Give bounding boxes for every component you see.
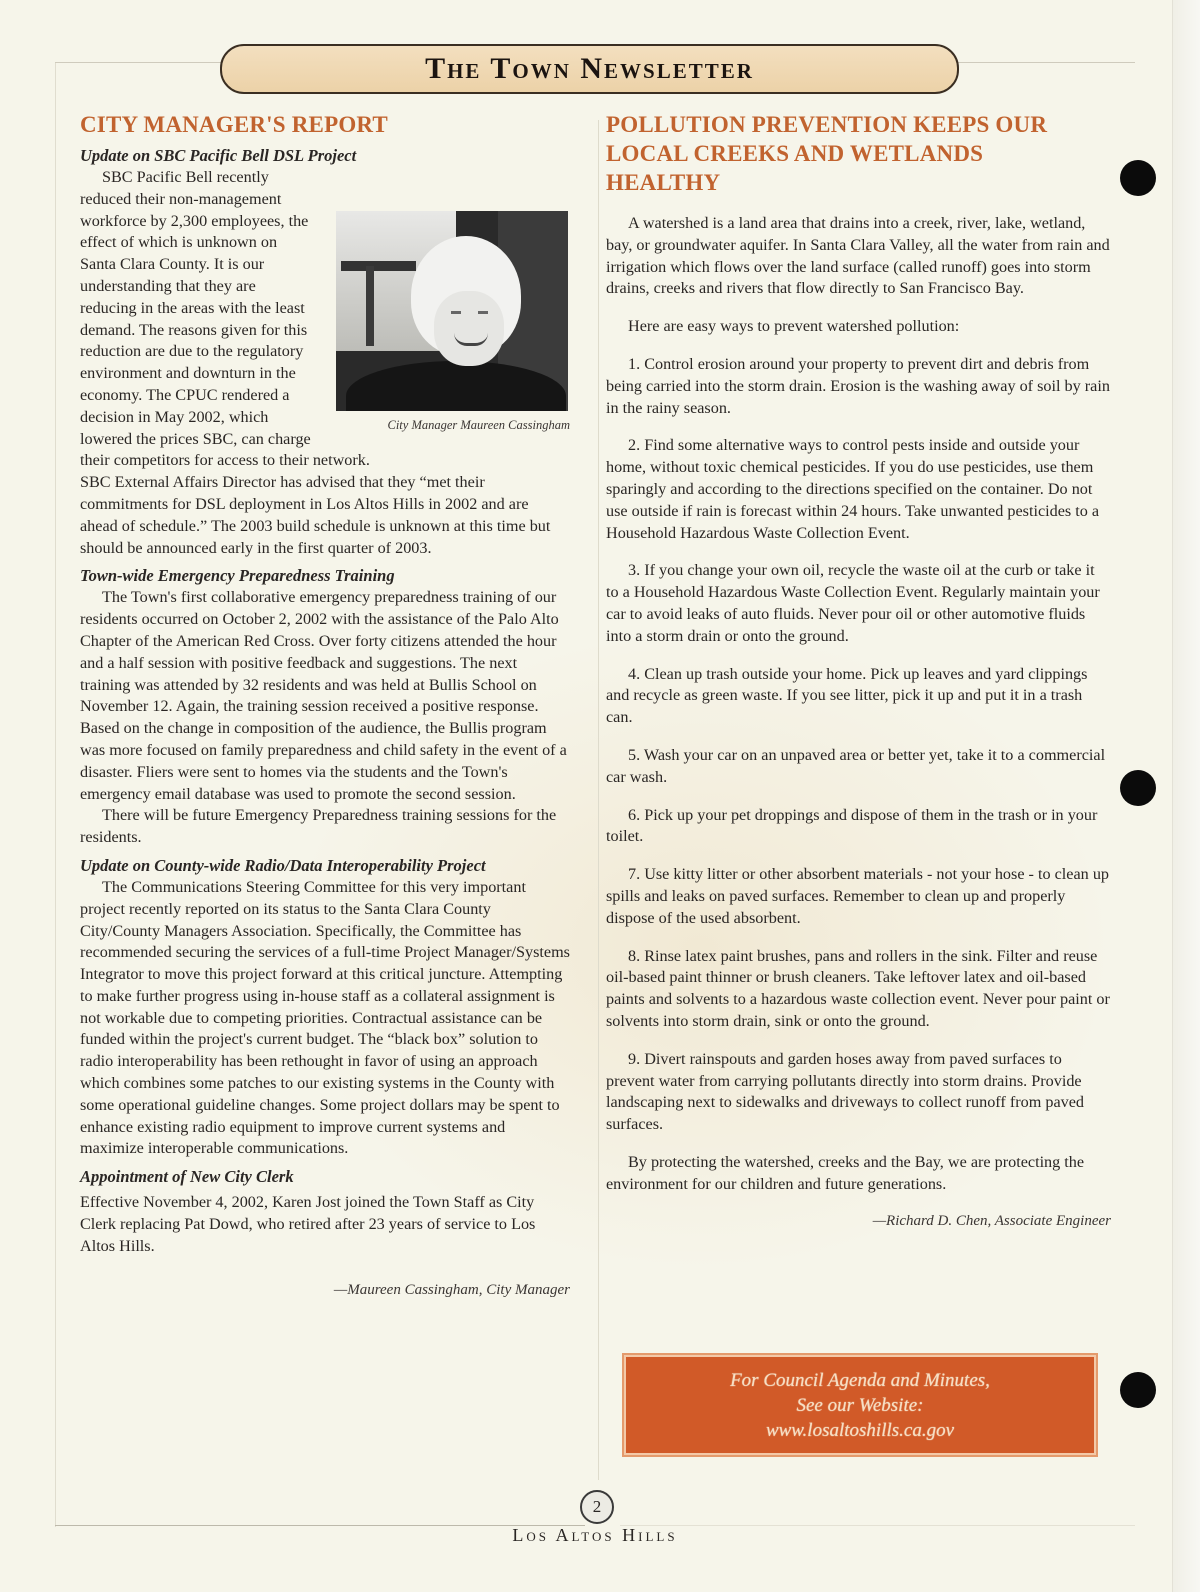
paragraph: Here are easy ways to prevent watershed …: [606, 316, 1111, 338]
author-signature: —Richard D. Chen, Associate Engineer: [606, 1211, 1111, 1233]
paragraph: A watershed is a land area that drains i…: [606, 213, 1111, 300]
section-heading: CITY MANAGER'S REPORT: [80, 110, 570, 139]
binder-hole: [1120, 770, 1156, 806]
article-subheading: Update on County-wide Radio/Data Interop…: [80, 855, 570, 877]
list-item: 6. Pick up your pet droppings and dispos…: [606, 805, 1111, 849]
paragraph: The Communications Steering Committee fo…: [80, 877, 570, 1160]
frame-line: [55, 62, 56, 1527]
banner-line: See our Website:: [797, 1393, 924, 1418]
masthead-title: The Town Newsletter: [425, 52, 754, 86]
masthead: The Town Newsletter: [220, 44, 959, 94]
list-item: 3. If you change your own oil, recycle t…: [606, 560, 1111, 647]
list-item: 2. Find some alternative ways to control…: [606, 435, 1111, 544]
website-link[interactable]: www.losaltoshills.ca.gov: [766, 1418, 954, 1443]
section-heading: POLLUTION PREVENTION KEEPS OUR LOCAL CRE…: [606, 110, 1066, 197]
paragraph: There will be future Emergency Preparedn…: [80, 805, 570, 849]
footer-town-name: Los Altos Hills: [0, 1525, 1190, 1546]
article-subheading: Update on SBC Pacific Bell DSL Project: [80, 145, 570, 167]
author-signature: —Maureen Cassingham, City Manager: [80, 1280, 570, 1302]
binder-hole: [1120, 1372, 1156, 1408]
binder-hole: [1120, 160, 1156, 196]
list-item: 1. Control erosion around your property …: [606, 354, 1111, 419]
page-edge: [1172, 0, 1200, 1592]
portrait-photo: [336, 211, 568, 411]
website-banner[interactable]: For Council Agenda and Minutes, See our …: [622, 1353, 1098, 1457]
page-number: 2: [580, 1490, 614, 1524]
column-divider: [598, 120, 599, 1480]
page-number-text: 2: [593, 1497, 602, 1517]
article-subheading: Appointment of New City Clerk: [80, 1166, 570, 1188]
photo-figure: City Manager Maureen Cassingham: [330, 211, 570, 433]
article-subheading: Town-wide Emergency Preparedness Trainin…: [80, 565, 570, 587]
list-item: 7. Use kitty litter or other absorbent m…: [606, 864, 1111, 929]
frame-line: [55, 62, 225, 63]
list-item: 8. Rinse latex paint brushes, pans and r…: [606, 946, 1111, 1033]
banner-line: For Council Agenda and Minutes,: [730, 1368, 990, 1393]
paragraph: Effective November 4, 2002, Karen Jost j…: [80, 1192, 570, 1257]
paragraph: SBC External Affairs Director has advise…: [80, 472, 570, 559]
list-item: 5. Wash your car on an unpaved area or b…: [606, 745, 1111, 789]
city-manager-report: CITY MANAGER'S REPORT Update on SBC Paci…: [80, 110, 570, 1301]
pollution-prevention-article: POLLUTION PREVENTION KEEPS OUR LOCAL CRE…: [606, 110, 1111, 1233]
photo-caption: City Manager Maureen Cassingham: [330, 417, 570, 433]
list-item: 4. Clean up trash outside your home. Pic…: [606, 664, 1111, 729]
paragraph: By protecting the watershed, creeks and …: [606, 1152, 1111, 1196]
frame-line: [955, 62, 1135, 63]
list-item: 9. Divert rainspouts and garden hoses aw…: [606, 1049, 1111, 1136]
paragraph: The Town's first collaborative emergency…: [80, 587, 570, 805]
